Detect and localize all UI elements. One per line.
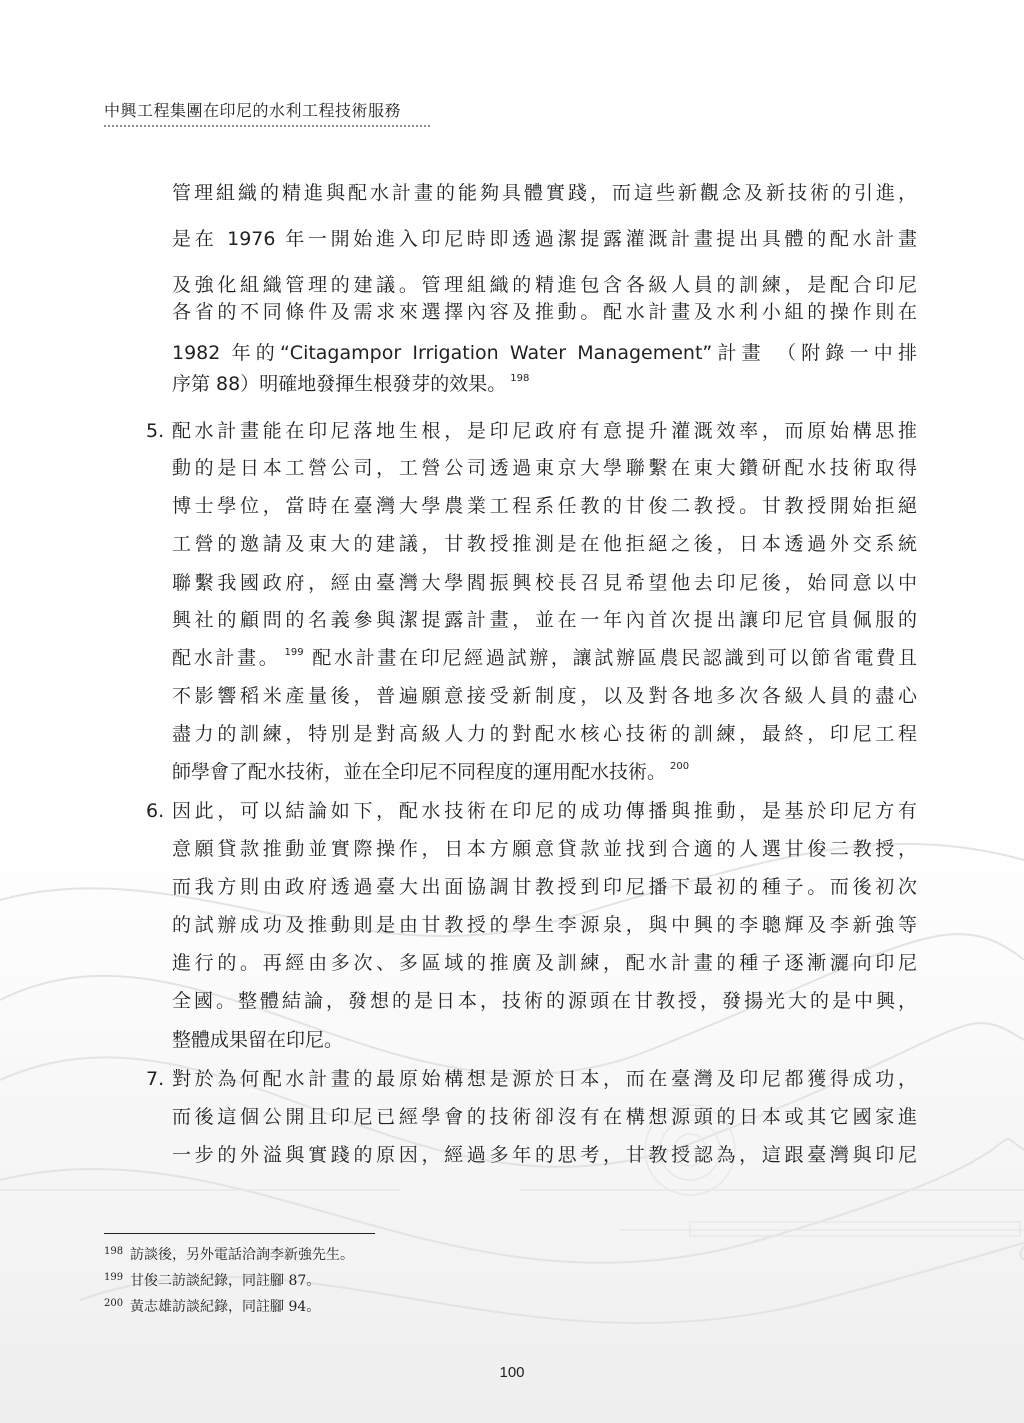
footnote-198: 198訪談後，另外電話洽詢李新強先生。 [104,1242,354,1265]
footnote-ref-200[interactable]: 200 [670,761,689,772]
list-item-last-line: 整體成果留在印尼。 [172,1027,917,1053]
footnote-number: 199 [104,1268,130,1288]
list-item-line: 配水計畫能在印尼落地生根，是印尼政府有意提升灌溉效率，而原始構思推 [172,418,917,444]
list-item-line: 不影響稻米產量後，普遍願意接受新制度，以及對各地多次各級人員的盡心 [172,683,917,709]
list-item-number: 6. [146,798,164,824]
line-text: 師學會了配水技術，並在全印尼不同程度的運用配水技術。 [172,761,666,783]
page-number: 100 [0,1364,1024,1381]
list-item-line: 動的是日本工營公司，工營公司透過東京大學聯繫在東大鑽研配水技術取得 [172,455,917,481]
list-item-line-with-footnote: 配水計畫。199 配水計畫在印尼經過試辦，讓試辦區農民認識到可以節省電費且 [172,645,917,671]
line-text-before: 配水計畫。 [172,647,280,669]
list-item-line: 聯繫我國政府，經由臺灣大學閻振興校長召見希望他去印尼後，始同意以中 [172,570,917,596]
footnote-number: 200 [104,1294,130,1314]
footnote-ref-198[interactable]: 198 [510,373,529,384]
list-item-line: 一步的外溢與實踐的原因，經過多年的思考，甘教授認為，這跟臺灣與印尼 [172,1142,917,1168]
footnote-text: 訪談後，另外電話洽詢李新強先生。 [130,1247,354,1263]
footnote-text: 甘俊二訪談紀錄，同註腳 87。 [130,1273,320,1289]
list-item-line: 的試辦成功及推動則是由甘教授的學生李源泉，與中興的李聰輝及李新強等 [172,912,917,938]
footnote-text: 黃志雄訪談紀錄，同註腳 94。 [130,1299,320,1315]
list-item-line: 而後這個公開且印尼已經學會的技術卻沒有在構想源頭的日本或其它國家進 [172,1104,917,1130]
paragraph-line: 各省的不同條件及需求來選擇內容及推動。配水計畫及水利小組的操作則在 [172,299,917,325]
list-item-line: 盡力的訓練，特別是對高級人力的對配水核心技術的訓練，最終，印尼工程 [172,721,917,747]
paragraph-line: 管理組織的精進與配水計畫的能夠具體實踐，而這些新觀念及新技術的引進， [172,180,917,206]
footnote-separator [104,1233,375,1234]
list-item-number: 5. [146,418,164,444]
list-item-line: 而我方則由政府透過臺大出面協調甘教授到印尼播下最初的種子。而後初次 [172,874,917,900]
list-item-line: 興社的顧問的名義參與潔提露計畫，並在一年內首次提出讓印尼官員佩服的 [172,607,917,633]
list-item-line: 全國。整體結論，發想的是日本，技術的源頭在甘教授，發揚光大的是中興， [172,988,917,1014]
paragraph-line: 是在 1976 年一開始進入印尼時即透過潔提露灌溉計畫提出具體的配水計畫 [172,226,917,252]
list-item-line: 因此，可以結論如下，配水技術在印尼的成功傳播與推動，是基於印尼方有 [172,798,917,824]
list-item-line: 工營的邀請及東大的建議，甘教授推測是在他拒絕之後，日本透過外交系統 [172,531,917,557]
list-item-line: 博士學位，當時在臺灣大學農業工程系任教的甘俊二教授。甘教授開始拒絕 [172,493,917,519]
paragraph-line: 1982 年的“Citagampor Irrigation Water Mana… [172,340,917,366]
paragraph-last-line: 序第 88）明確地發揮生根發芽的效果。198 [172,371,917,397]
list-item-number: 7. [146,1066,164,1092]
background-swirl-decoration [0,0,1024,1423]
footnote-ref-199[interactable]: 199 [284,647,303,658]
list-item-last-line: 師學會了配水技術，並在全印尼不同程度的運用配水技術。200 [172,759,917,785]
header-dotted-rule [104,125,430,127]
footnote-200: 200黃志雄訪談紀錄，同註腳 94。 [104,1294,320,1317]
line-text-after: 配水計畫在印尼經過試辦，讓試辦區農民認識到可以節省電費且 [304,647,917,669]
paragraph-line-text: 序第 88）明確地發揮生根發芽的效果。 [172,373,506,395]
list-item-line: 對於為何配水計畫的最原始構想是源於日本，而在臺灣及印尼都獲得成功， [172,1066,917,1092]
running-header: 中興工程集團在印尼的水利工程技術服務 [104,101,430,127]
paragraph-line: 及強化組織管理的建議。管理組織的精進包含各級人員的訓練，是配合印尼 [172,272,917,298]
list-item-line: 進行的。再經由多次、多區域的推廣及訓練，配水計畫的種子逐漸灑向印尼 [172,950,917,976]
footnote-199: 199甘俊二訪談紀錄，同註腳 87。 [104,1268,320,1291]
list-item-line: 意願貸款推動並實際操作，日本方願意貸款並找到合適的人選甘俊二教授， [172,836,917,862]
footnote-number: 198 [104,1242,130,1262]
running-header-title: 中興工程集團在印尼的水利工程技術服務 [104,101,430,121]
